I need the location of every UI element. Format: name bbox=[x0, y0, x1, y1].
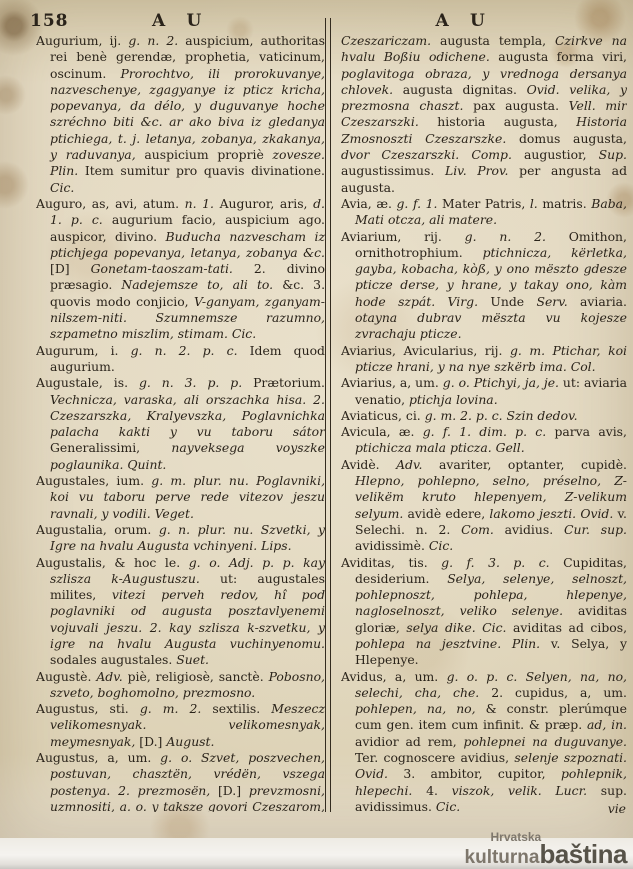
dictionary-entry: Avidus, a, um. g. o. p. c. Selyen, na, n… bbox=[341, 669, 627, 812]
watermark: Hrvatska kulturnabaština bbox=[465, 831, 627, 867]
dictionary-entry: Augustale, is. g. n. 3. p. p. Prætorium.… bbox=[36, 375, 325, 473]
dictionary-entry: Auguro, as, avi, atum. n. 1. Auguror, ar… bbox=[36, 196, 325, 343]
dictionary-entry: Aviarius, a, um. g. o. Ptichyi, ja, je. … bbox=[341, 375, 627, 408]
dictionary-entry: Augustales, ium. g. m. plur. nu. Poglavn… bbox=[36, 473, 325, 522]
dictionary-entry: Augustus, a, um. g. o. Szvet, poszvechen… bbox=[36, 750, 325, 812]
dictionary-entry: Augurum, i. g. n. 2. p. c. Idem quod aug… bbox=[36, 343, 325, 376]
watermark-line3: baština bbox=[539, 841, 627, 867]
dictionary-entry: Augustè. Adv. piè, religiosè, sanctè. Po… bbox=[36, 669, 325, 702]
dictionary-entry: Aviaticus, ci. g. m. 2. p. c. Szin dedov… bbox=[341, 408, 627, 424]
dictionary-entry: Aviditas, tis. g. f. 3. p. c. Cupiditas,… bbox=[341, 555, 627, 669]
dictionary-entry: Avidè. Adv. avariter, optanter, cupidè. … bbox=[341, 457, 627, 555]
dictionary-entry: Czeszariczam. augusta templa, Czirkve na… bbox=[341, 33, 627, 196]
running-header-right: A U bbox=[321, 11, 607, 31]
dictionary-entry: Aviarius, Avicularius, rij. g. m. Pticha… bbox=[341, 343, 627, 376]
catchword: vie bbox=[540, 801, 626, 816]
dictionary-entry: Augurium, ij. g. n. 2. auspicium, author… bbox=[36, 33, 325, 196]
right-column: Czeszariczam. augusta templa, Czirkve na… bbox=[341, 33, 627, 812]
dictionary-entry: Augustus, sti. g. m. 2. sextilis. Meszec… bbox=[36, 701, 325, 750]
left-column: Augurium, ij. g. n. 2. auspicium, author… bbox=[36, 33, 325, 812]
watermark-line2: kulturna bbox=[465, 848, 540, 867]
dictionary-entry: Avicula, æ. g. f. 1. dim. p. c. parva av… bbox=[341, 424, 627, 457]
dictionary-entry: Augustalia, orum. g. n. plur. nu. Szvetk… bbox=[36, 522, 325, 555]
dictionary-entry: Avia, æ. g. f. 1. Mater Patris, l. matri… bbox=[341, 196, 627, 229]
dictionary-entry: Augustalis, & hoc le. g. o. Adj. p. p. k… bbox=[36, 555, 325, 669]
dictionary-entry: Aviarium, rij. g. n. 2. Omithon, ornitho… bbox=[341, 229, 627, 343]
column-divider-rule bbox=[325, 18, 331, 812]
running-header-left: A U bbox=[36, 11, 325, 31]
